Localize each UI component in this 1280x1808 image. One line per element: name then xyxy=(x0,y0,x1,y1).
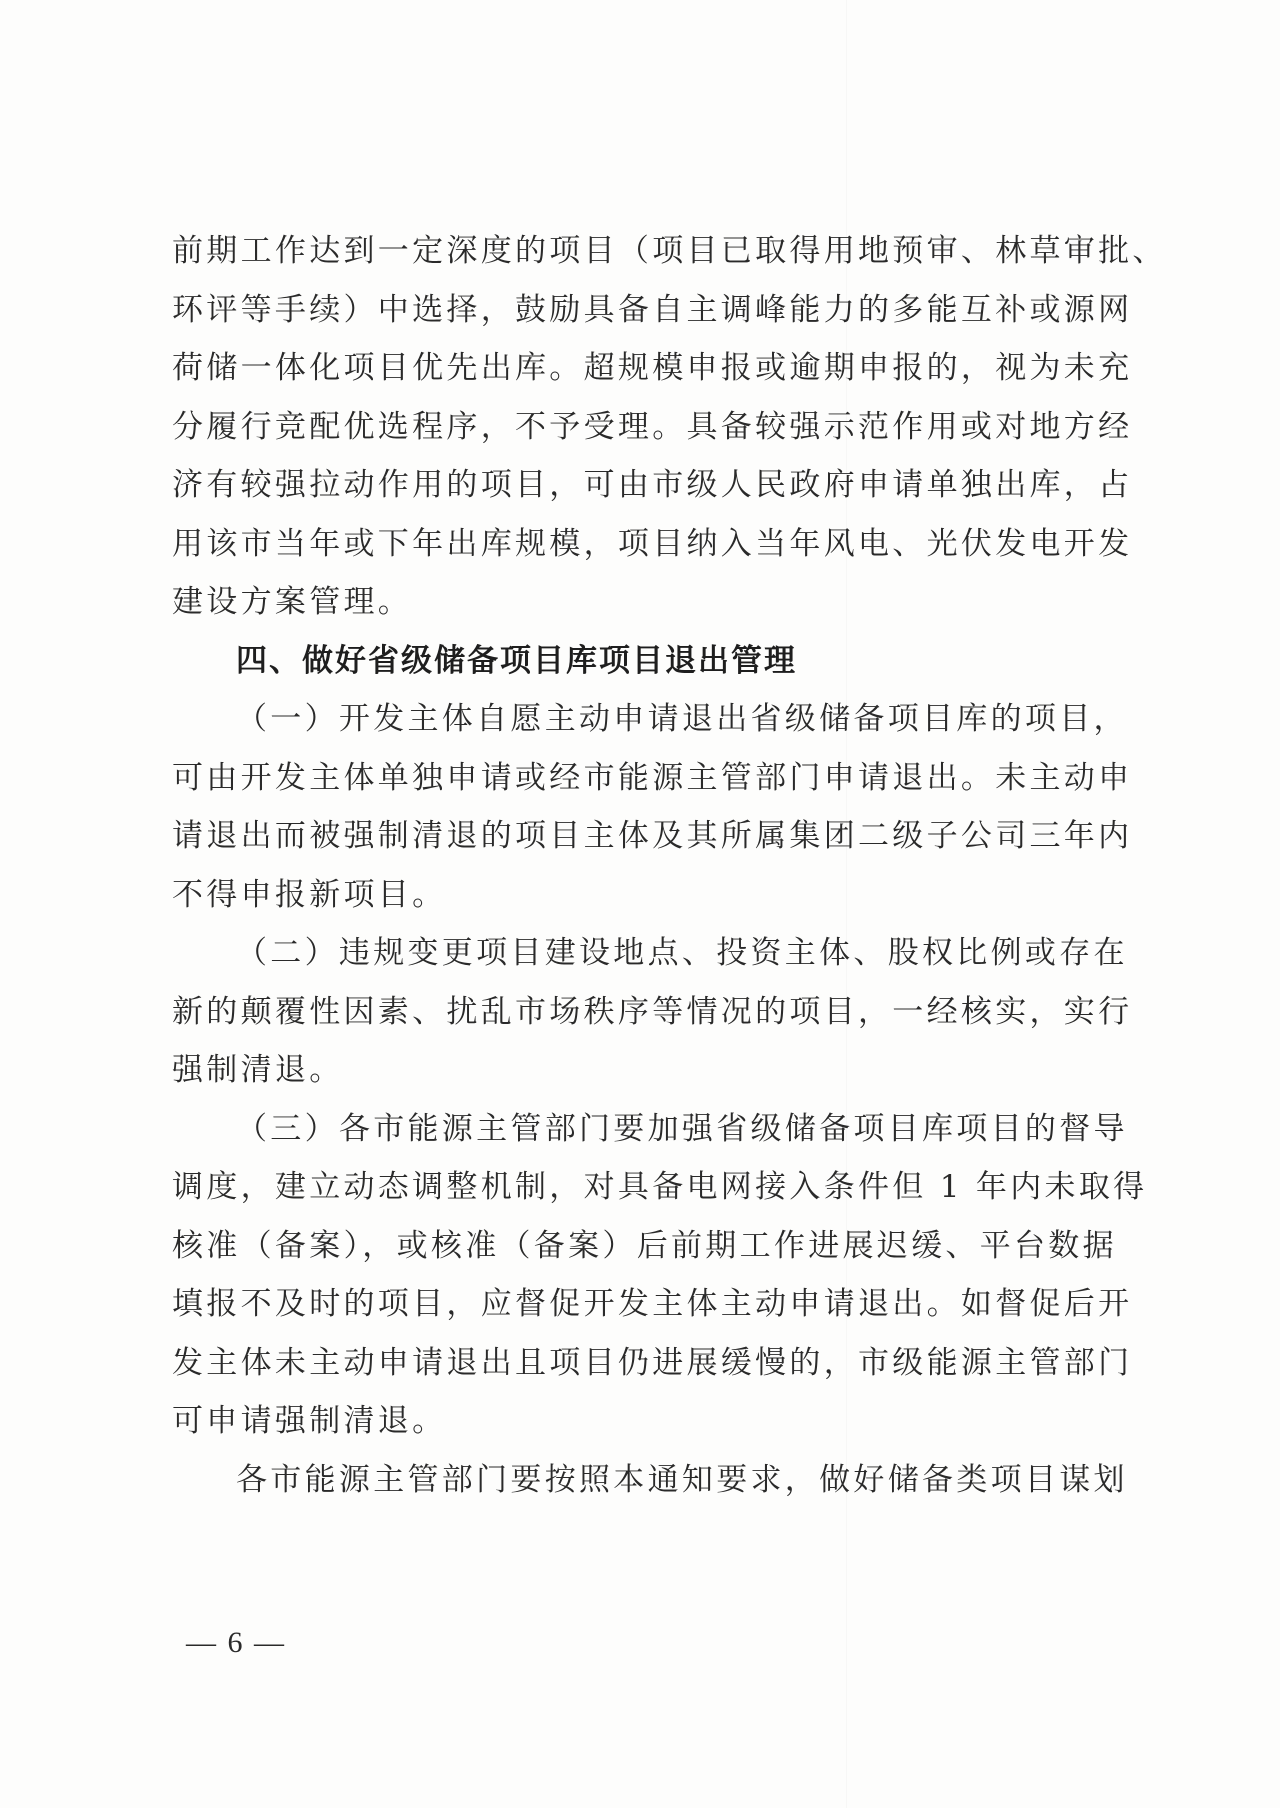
text-line: 荷储一体化项目优先出库。超规模申报或逾期申报的，视为未充 xyxy=(172,339,1112,398)
paragraph-item-1: （一）开发主体自愿主动申请退出省级储备项目库的项目， 可由开发主体单独申请或经市… xyxy=(172,690,1112,924)
text-line: 请退出而被强制清退的项目主体及其所属集团二级子公司三年内 xyxy=(172,807,1112,866)
text-line: 前期工作达到一定深度的项目（项目已取得用地预审、林草审批、 xyxy=(172,222,1112,281)
text-line: （一）开发主体自愿主动申请退出省级储备项目库的项目， xyxy=(172,690,1112,749)
text-line: 不得申报新项目。 xyxy=(172,866,1112,925)
paragraph-continuation: 前期工作达到一定深度的项目（项目已取得用地预审、林草审批、 环评等手续）中选择，… xyxy=(172,222,1112,632)
text-line: 用该市当年或下年出库规模，项目纳入当年风电、光伏发电开发 xyxy=(172,515,1112,574)
text-line: （二）违规变更项目建设地点、投资主体、股权比例或存在 xyxy=(172,924,1112,983)
text-line: 填报不及时的项目，应督促开发主体主动申请退出。如督促后开 xyxy=(172,1275,1112,1334)
text-line: 可由开发主体单独申请或经市能源主管部门申请退出。未主动申 xyxy=(172,749,1112,808)
text-line: （三）各市能源主管部门要加强省级储备项目库项目的督导 xyxy=(172,1100,1112,1159)
text-line: 环评等手续）中选择，鼓励具备自主调峰能力的多能互补或源网 xyxy=(172,281,1112,340)
paragraph-item-3: （三）各市能源主管部门要加强省级储备项目库项目的督导 调度，建立动态调整机制，对… xyxy=(172,1100,1112,1451)
section-heading: 四、做好省级储备项目库项目退出管理 xyxy=(172,632,1112,691)
text-line: 发主体未主动申请退出且项目仍进展缓慢的，市级能源主管部门 xyxy=(172,1334,1112,1393)
page-number: — 6 — xyxy=(186,1626,286,1660)
text-line: 济有较强拉动作用的项目，可由市级人民政府申请单独出库，占 xyxy=(172,456,1112,515)
text-line: 各市能源主管部门要按照本通知要求，做好储备类项目谋划 xyxy=(172,1451,1112,1510)
text-line: 建设方案管理。 xyxy=(172,573,1112,632)
text-line: 可申请强制清退。 xyxy=(172,1392,1112,1451)
text-line: 分履行竞配优选程序，不予受理。具备较强示范作用或对地方经 xyxy=(172,398,1112,457)
text-line: 核准（备案），或核准（备案）后前期工作进展迟缓、平台数据 xyxy=(172,1217,1112,1276)
document-page: 前期工作达到一定深度的项目（项目已取得用地预审、林草审批、 环评等手续）中选择，… xyxy=(0,0,1280,1808)
section-heading-text: 四、做好省级储备项目库项目退出管理 xyxy=(172,632,1112,691)
document-body: 前期工作达到一定深度的项目（项目已取得用地预审、林草审批、 环评等手续）中选择，… xyxy=(172,222,1112,1509)
paragraph-closing: 各市能源主管部门要按照本通知要求，做好储备类项目谋划 xyxy=(172,1451,1112,1510)
paragraph-item-2: （二）违规变更项目建设地点、投资主体、股权比例或存在 新的颠覆性因素、扰乱市场秩… xyxy=(172,924,1112,1100)
text-line: 强制清退。 xyxy=(172,1041,1112,1100)
text-line: 调度，建立动态调整机制，对具备电网接入条件但 1 年内未取得 xyxy=(172,1158,1112,1217)
text-line: 新的颠覆性因素、扰乱市场秩序等情况的项目，一经核实，实行 xyxy=(172,983,1112,1042)
